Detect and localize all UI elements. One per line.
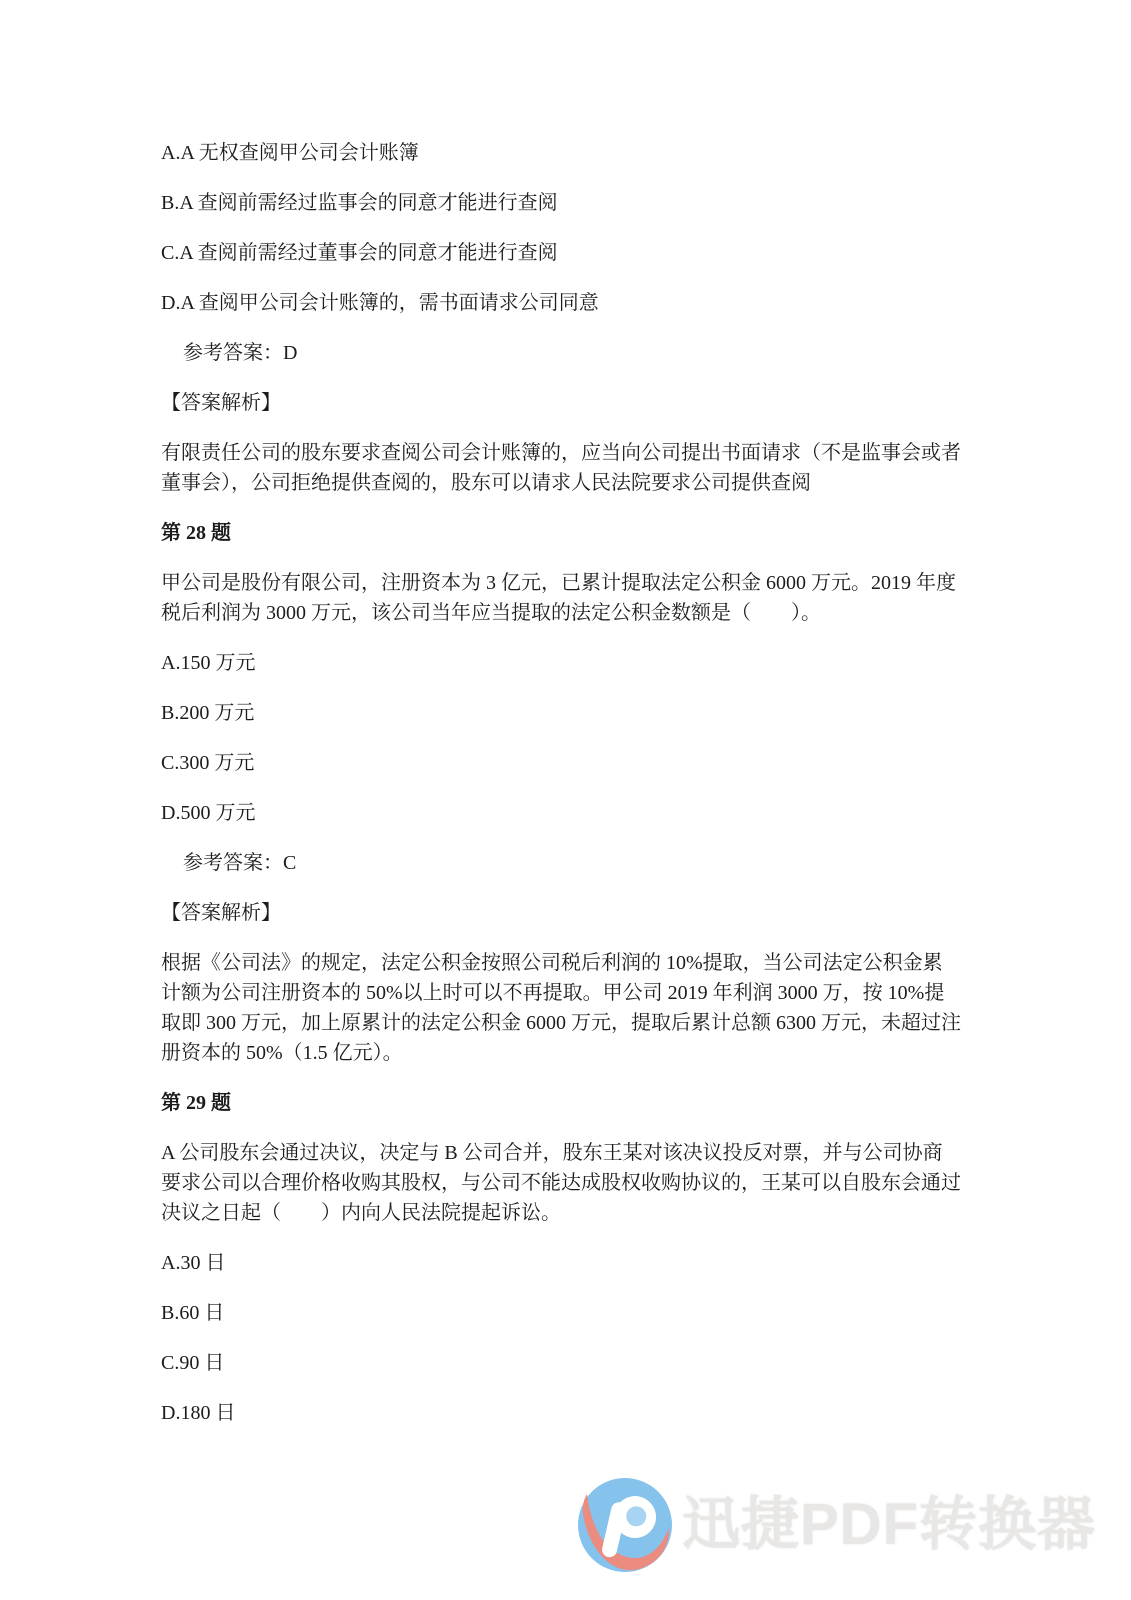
- question-27-option-c: C.A 查阅前需经过董事会的同意才能进行查阅: [161, 238, 961, 268]
- watermark-text: 迅捷PDF转换器: [682, 1496, 1096, 1554]
- question-28-reference-answer: 参考答案：C: [161, 848, 961, 878]
- question-27-analysis-text: 有限责任公司的股东要求查阅公司会计账簿的，应当向公司提出书面请求（不是监事会或者…: [161, 438, 961, 498]
- question-29-option-d: D.180 日: [161, 1398, 961, 1428]
- question-block-28: 第 28 题 甲公司是股份有限公司，注册资本为 3 亿元，已累计提取法定公积金 …: [161, 518, 961, 1068]
- question-28-option-a: A.150 万元: [161, 648, 961, 678]
- question-27-option-a: A.A 无权查阅甲公司会计账簿: [161, 138, 961, 168]
- question-28-option-c: C.300 万元: [161, 748, 961, 778]
- question-27-option-b: B.A 查阅前需经过监事会的同意才能进行查阅: [161, 188, 961, 218]
- question-block-27: A.A 无权查阅甲公司会计账簿 B.A 查阅前需经过监事会的同意才能进行查阅 C…: [161, 138, 961, 498]
- question-29-option-b: B.60 日: [161, 1298, 961, 1328]
- question-28-stem: 甲公司是股份有限公司，注册资本为 3 亿元，已累计提取法定公积金 6000 万元…: [161, 568, 961, 628]
- question-29-stem: A 公司股东会通过决议，决定与 B 公司合并，股东王某对该决议投反对票，并与公司…: [161, 1138, 961, 1228]
- question-27-option-d: D.A 查阅甲公司会计账簿的，需书面请求公司同意: [161, 288, 961, 318]
- question-28-analysis-text: 根据《公司法》的规定，法定公积金按照公司税后利润的 10%提取，当公司法定公积金…: [161, 948, 961, 1068]
- xunjie-pdf-converter-logo-icon: [578, 1478, 672, 1572]
- document-page: A.A 无权查阅甲公司会计账簿 B.A 查阅前需经过监事会的同意才能进行查阅 C…: [0, 0, 1131, 1428]
- question-28-analysis-header: 【答案解析】: [161, 898, 961, 928]
- question-block-29: 第 29 题 A 公司股东会通过决议，决定与 B 公司合并，股东王某对该决议投反…: [161, 1088, 961, 1428]
- question-29-option-c: C.90 日: [161, 1348, 961, 1378]
- question-28-heading: 第 28 题: [161, 518, 961, 548]
- question-27-analysis-header: 【答案解析】: [161, 388, 961, 418]
- question-29-heading: 第 29 题: [161, 1088, 961, 1118]
- question-27-reference-answer: 参考答案：D: [161, 338, 961, 368]
- watermark: 迅捷PDF转换器: [578, 1478, 1096, 1572]
- question-28-option-b: B.200 万元: [161, 698, 961, 728]
- question-29-option-a: A.30 日: [161, 1248, 961, 1278]
- question-28-option-d: D.500 万元: [161, 798, 961, 828]
